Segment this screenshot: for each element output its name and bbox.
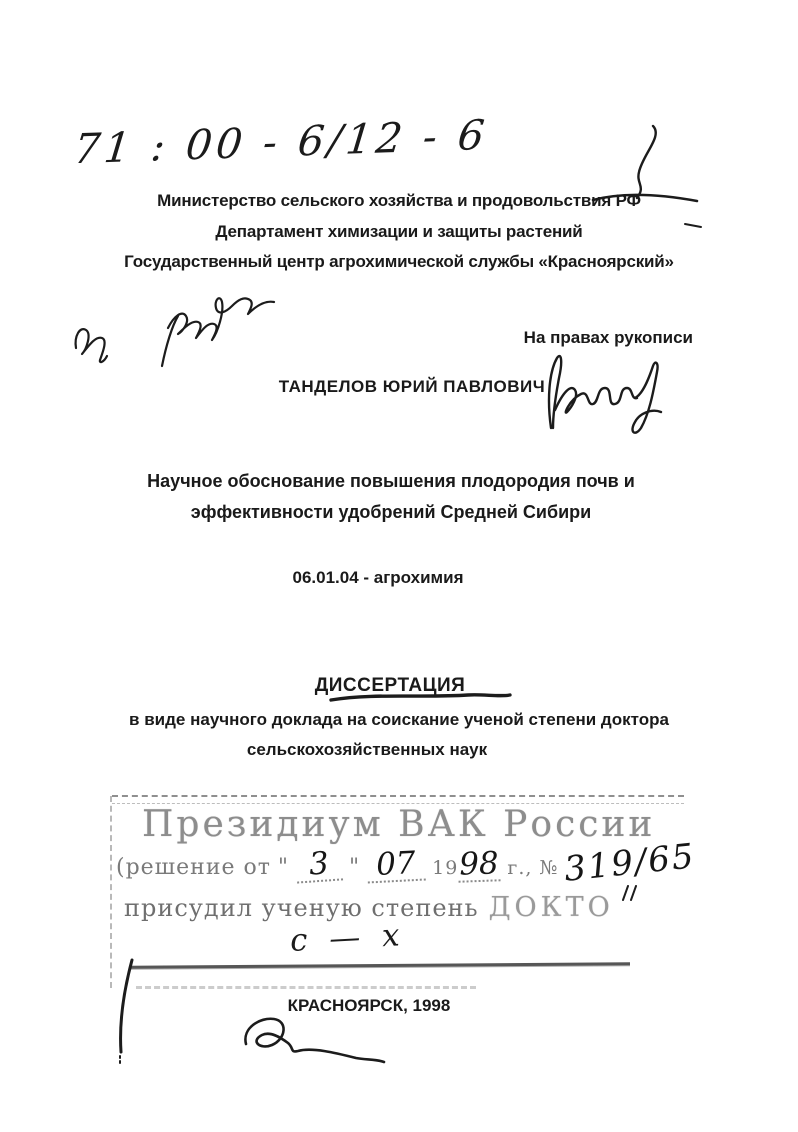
decision-label: (решение от bbox=[116, 855, 271, 880]
decision-number-handwritten: 319/65 bbox=[563, 839, 697, 887]
stamp-bottom-border bbox=[130, 962, 630, 968]
manuscript-rights-note: На правах рукописи bbox=[524, 328, 693, 348]
department-line: Департамент химизации и защиты растений bbox=[0, 217, 798, 248]
hand-underline-icon bbox=[328, 690, 514, 704]
dissertation-title: Научное обоснование повышения плодородия… bbox=[0, 466, 790, 528]
dissertation-description-line2: сельскохозяйственных наук bbox=[0, 740, 766, 760]
quote-close: " bbox=[349, 855, 360, 880]
header-block: Министерство сельского хозяйства и продо… bbox=[0, 186, 798, 278]
dissertation-description-line1: в виде научного доклада на соискание уче… bbox=[0, 710, 798, 730]
stamp-top-border bbox=[112, 795, 684, 804]
vak-approval-stamp: Президиум ВАК России (решение от " 3 " 0… bbox=[108, 780, 694, 998]
author-signature bbox=[541, 350, 667, 440]
decision-month-handwritten: 07 bbox=[366, 848, 426, 884]
decision-year-handwritten: 98 bbox=[458, 848, 501, 882]
degree-fragment: ДОКТО bbox=[489, 892, 614, 923]
stamp-smudge-row bbox=[136, 986, 476, 989]
ministry-line: Министерство сельского хозяйства и продо… bbox=[0, 186, 798, 217]
agro-center-line: Государственный центр агрохимической слу… bbox=[0, 247, 798, 278]
inventory-number-handwritten: 71 : 00 - 6/12 - 6 bbox=[72, 111, 491, 174]
handwritten-note-scribble: не умоем bbox=[62, 274, 287, 374]
author-name: ТАНДЕЛОВ ЮРИЙ ПАВЛОВИЧ bbox=[13, 377, 798, 397]
decision-day-handwritten: 3 bbox=[295, 847, 343, 883]
bottom-signature bbox=[232, 1012, 390, 1070]
title-line2: эффективности удобрений Средней Сибири bbox=[0, 497, 790, 528]
stamp-decision-line: (решение от " 3 " 07 19 98 г., № 319/65 bbox=[116, 846, 736, 882]
handwritten-degree-abbreviation: с — х bbox=[289, 917, 406, 959]
title-line1: Научное обоснование повышения плодородия… bbox=[0, 466, 790, 497]
year-prefix: 19 bbox=[432, 857, 458, 879]
stamp-title: Президиум ВАК России bbox=[142, 804, 655, 845]
awarded-text: присудил ученую степень bbox=[124, 894, 479, 922]
year-suffix: г., № bbox=[507, 857, 558, 879]
quote-open: " bbox=[278, 855, 289, 880]
specialty-code: 06.01.04 - агрохимия bbox=[0, 568, 777, 588]
scanned-dissertation-title-page: 71 : 00 - 6/12 - 6 Министерство сельског… bbox=[0, 0, 798, 1132]
pen-ditto-marks-icon bbox=[618, 884, 640, 902]
